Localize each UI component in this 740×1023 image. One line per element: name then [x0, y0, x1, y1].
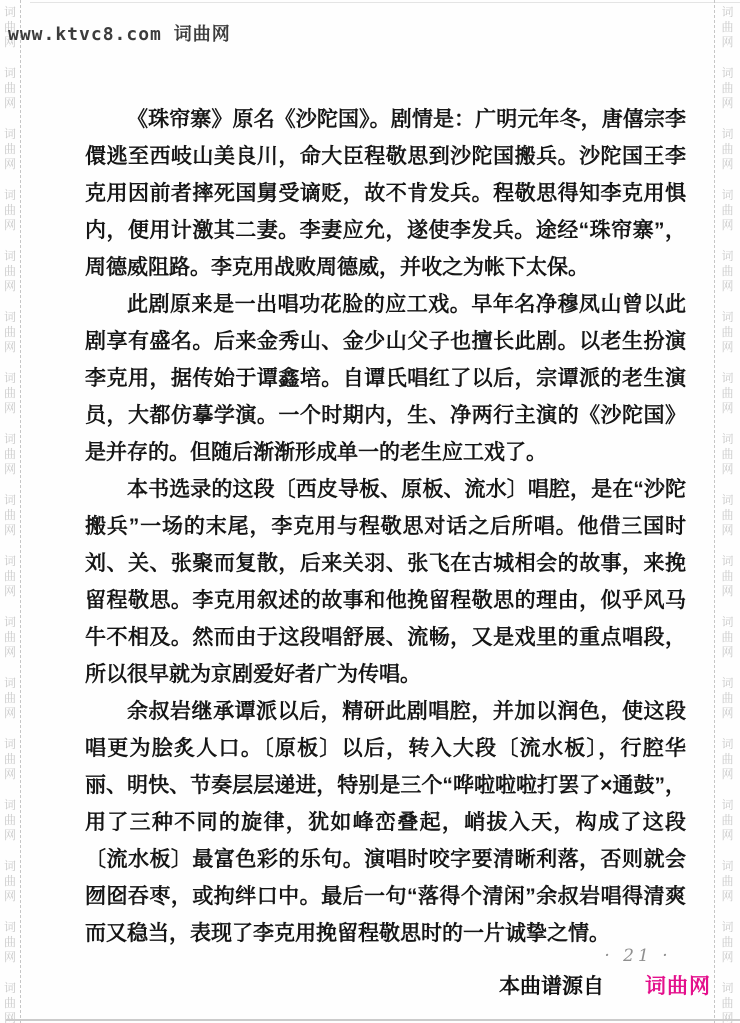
side-watermark-char: 词 [4, 554, 16, 569]
side-watermark-char: 词 [4, 66, 16, 81]
side-watermark-char: 网 [721, 706, 733, 721]
side-watermark-group: 词曲网 [721, 737, 733, 782]
right-watermark-column: 词曲网词曲网词曲网词曲网词曲网词曲网词曲网词曲网词曲网词曲网词曲网词曲网词曲网词… [715, 5, 740, 1023]
side-watermark-char: 网 [4, 340, 16, 355]
side-watermark-char: 曲 [4, 813, 16, 828]
side-watermark-group: 词曲网 [4, 127, 16, 172]
side-watermark-char: 词 [721, 310, 733, 325]
side-watermark-char: 网 [4, 950, 16, 965]
side-watermark-char: 曲 [4, 935, 16, 950]
side-watermark-group: 词曲网 [4, 798, 16, 843]
side-watermark-char: 词 [721, 737, 733, 752]
side-watermark-char: 曲 [4, 691, 16, 706]
side-watermark-group: 词曲网 [721, 127, 733, 172]
side-watermark-char: 网 [4, 218, 16, 233]
side-watermark-char: 词 [721, 127, 733, 142]
side-watermark-group: 词曲网 [4, 737, 16, 782]
side-watermark-char: 词 [4, 737, 16, 752]
side-watermark-char: 网 [721, 889, 733, 904]
side-watermark-char: 网 [4, 279, 16, 294]
side-watermark-group: 词曲网 [4, 66, 16, 111]
side-watermark-group: 词曲网 [721, 981, 733, 1023]
side-watermark-char: 网 [4, 401, 16, 416]
side-watermark-char: 曲 [4, 508, 16, 523]
side-watermark-char: 网 [4, 1011, 16, 1023]
side-watermark-char: 曲 [4, 996, 16, 1011]
side-watermark-char: 网 [4, 828, 16, 843]
paragraph-yu-shuyan-rendition: 余叔岩继承谭派以后，精研此剧唱腔，并加以润色，使这段唱更为脍炙人口。〔原板〕以后… [85, 693, 686, 952]
side-watermark-char: 网 [4, 645, 16, 660]
side-watermark-char: 曲 [721, 630, 733, 645]
side-watermark-char: 词 [4, 920, 16, 935]
side-watermark-char: 网 [721, 35, 733, 50]
side-watermark-char: 曲 [4, 874, 16, 889]
side-watermark-group: 词曲网 [721, 493, 733, 538]
page-number: · 21 · [596, 946, 680, 966]
side-watermark-char: 曲 [4, 386, 16, 401]
side-watermark-char: 网 [721, 767, 733, 782]
side-watermark-char: 词 [4, 310, 16, 325]
side-watermark-char: 词 [721, 66, 733, 81]
side-watermark-group: 词曲网 [4, 493, 16, 538]
side-watermark-group: 词曲网 [4, 249, 16, 294]
side-watermark-char: 曲 [4, 447, 16, 462]
side-watermark-char: 曲 [4, 752, 16, 767]
side-watermark-char: 词 [721, 615, 733, 630]
side-watermark-group: 词曲网 [721, 249, 733, 294]
side-watermark-char: 网 [721, 96, 733, 111]
side-watermark-char: 网 [721, 1011, 733, 1023]
side-watermark-group: 词曲网 [721, 66, 733, 111]
paragraph-selected-aria-context: 本书选录的这段〔西皮导板、原板、流水〕唱腔，是在“沙陀搬兵”一场的末尾，李克用与… [85, 471, 686, 693]
side-watermark-char: 网 [4, 767, 16, 782]
page-bottom-edge [6, 1019, 740, 1021]
side-watermark-group: 词曲网 [721, 798, 733, 843]
side-watermark-char: 词 [721, 981, 733, 996]
side-watermark-char: 词 [4, 615, 16, 630]
side-watermark-char: 网 [721, 340, 733, 355]
side-watermark-char: 词 [721, 5, 733, 20]
side-watermark-char: 词 [721, 859, 733, 874]
side-watermark-group: 词曲网 [721, 371, 733, 416]
side-watermark-char: 曲 [721, 874, 733, 889]
side-watermark-group: 词曲网 [721, 615, 733, 660]
side-watermark-char: 曲 [4, 142, 16, 157]
page-top-edge [30, 2, 740, 3]
footer-brand: 词曲网 [645, 970, 711, 1000]
side-watermark-char: 网 [721, 157, 733, 172]
side-watermark-char: 词 [721, 188, 733, 203]
side-watermark-char: 词 [4, 981, 16, 996]
side-watermark-char: 网 [4, 523, 16, 538]
side-watermark-char: 词 [4, 188, 16, 203]
side-watermark-char: 曲 [721, 691, 733, 706]
side-watermark-char: 词 [4, 493, 16, 508]
side-watermark-char: 网 [721, 401, 733, 416]
side-watermark-group: 词曲网 [4, 859, 16, 904]
side-watermark-char: 曲 [721, 752, 733, 767]
side-watermark-char: 网 [4, 96, 16, 111]
side-watermark-group: 词曲网 [4, 310, 16, 355]
side-watermark-group: 词曲网 [4, 981, 16, 1023]
side-watermark-group: 词曲网 [721, 676, 733, 721]
side-watermark-char: 网 [4, 584, 16, 599]
side-watermark-char: 词 [4, 249, 16, 264]
side-watermark-char: 曲 [721, 325, 733, 340]
side-watermark-char: 词 [4, 798, 16, 813]
side-watermark-char: 曲 [721, 81, 733, 96]
side-watermark-char: 网 [4, 462, 16, 477]
side-watermark-char: 词 [721, 432, 733, 447]
side-watermark-group: 词曲网 [721, 432, 733, 477]
side-watermark-group: 词曲网 [4, 676, 16, 721]
right-margin-rail: 词曲网词曲网词曲网词曲网词曲网词曲网词曲网词曲网词曲网词曲网词曲网词曲网词曲网词… [714, 0, 740, 1023]
side-watermark-char: 曲 [721, 264, 733, 279]
side-watermark-char: 网 [4, 157, 16, 172]
side-watermark-char: 网 [721, 462, 733, 477]
side-watermark-char: 曲 [721, 20, 733, 35]
side-watermark-char: 曲 [721, 996, 733, 1011]
side-watermark-char: 网 [721, 279, 733, 294]
side-watermark-char: 曲 [721, 935, 733, 950]
side-watermark-char: 网 [721, 645, 733, 660]
side-watermark-char: 曲 [4, 630, 16, 645]
side-watermark-group: 词曲网 [4, 920, 16, 965]
side-watermark-group: 词曲网 [721, 554, 733, 599]
side-watermark-char: 词 [4, 676, 16, 691]
side-watermark-char: 曲 [4, 264, 16, 279]
side-watermark-char: 词 [4, 371, 16, 386]
side-watermark-group: 词曲网 [4, 554, 16, 599]
side-watermark-group: 词曲网 [721, 5, 733, 50]
side-watermark-char: 网 [721, 584, 733, 599]
paragraph-performance-history: 此剧原来是一出唱功花脸的应工戏。早年名净穆凤山曾以此剧享有盛名。后来金秀山、金少… [85, 286, 686, 471]
side-watermark-char: 网 [721, 523, 733, 538]
side-watermark-char: 网 [721, 218, 733, 233]
side-watermark-char: 曲 [721, 142, 733, 157]
side-watermark-char: 曲 [721, 447, 733, 462]
side-watermark-group: 词曲网 [4, 615, 16, 660]
article-text-block: 《珠帘寨》原名《沙陀国》。剧情是：广明元年冬，唐僖宗李儇逃至西岐山美良川，命大臣… [85, 101, 686, 952]
site-watermark-text: www.ktvc8.com 词曲网 [8, 20, 231, 46]
side-watermark-char: 曲 [721, 508, 733, 523]
side-watermark-char: 网 [4, 706, 16, 721]
side-watermark-group: 词曲网 [721, 310, 733, 355]
side-watermark-char: 词 [4, 5, 16, 20]
left-margin-rail: 词曲网词曲网词曲网词曲网词曲网词曲网词曲网词曲网词曲网词曲网词曲网词曲网词曲网词… [0, 0, 21, 1023]
side-watermark-char: 词 [4, 127, 16, 142]
paragraph-plot-synopsis: 《珠帘寨》原名《沙陀国》。剧情是：广明元年冬，唐僖宗李儇逃至西岐山美良川，命大臣… [85, 101, 686, 286]
side-watermark-char: 曲 [721, 569, 733, 584]
side-watermark-char: 曲 [4, 325, 16, 340]
side-watermark-char: 词 [721, 920, 733, 935]
side-watermark-group: 词曲网 [4, 371, 16, 416]
side-watermark-char: 曲 [4, 203, 16, 218]
side-watermark-char: 词 [721, 493, 733, 508]
side-watermark-char: 曲 [4, 81, 16, 96]
left-watermark-column: 词曲网词曲网词曲网词曲网词曲网词曲网词曲网词曲网词曲网词曲网词曲网词曲网词曲网词… [0, 5, 20, 1023]
side-watermark-char: 曲 [4, 569, 16, 584]
side-watermark-char: 曲 [721, 813, 733, 828]
side-watermark-char: 词 [721, 798, 733, 813]
side-watermark-char: 词 [721, 249, 733, 264]
side-watermark-char: 网 [721, 950, 733, 965]
side-watermark-char: 网 [721, 828, 733, 843]
side-watermark-char: 词 [4, 859, 16, 874]
footer-credit-line: 本曲谱源自 词曲网 [499, 970, 711, 1000]
side-watermark-group: 词曲网 [4, 188, 16, 233]
side-watermark-char: 词 [721, 554, 733, 569]
side-watermark-char: 词 [4, 432, 16, 447]
side-watermark-group: 词曲网 [721, 920, 733, 965]
side-watermark-char: 词 [721, 371, 733, 386]
side-watermark-group: 词曲网 [721, 859, 733, 904]
side-watermark-char: 网 [4, 889, 16, 904]
side-watermark-char: 词 [721, 676, 733, 691]
side-watermark-group: 词曲网 [4, 432, 16, 477]
side-watermark-char: 曲 [721, 203, 733, 218]
footer-source-label: 本曲谱源自 [499, 970, 604, 1000]
side-watermark-char: 曲 [721, 386, 733, 401]
side-watermark-group: 词曲网 [721, 188, 733, 233]
